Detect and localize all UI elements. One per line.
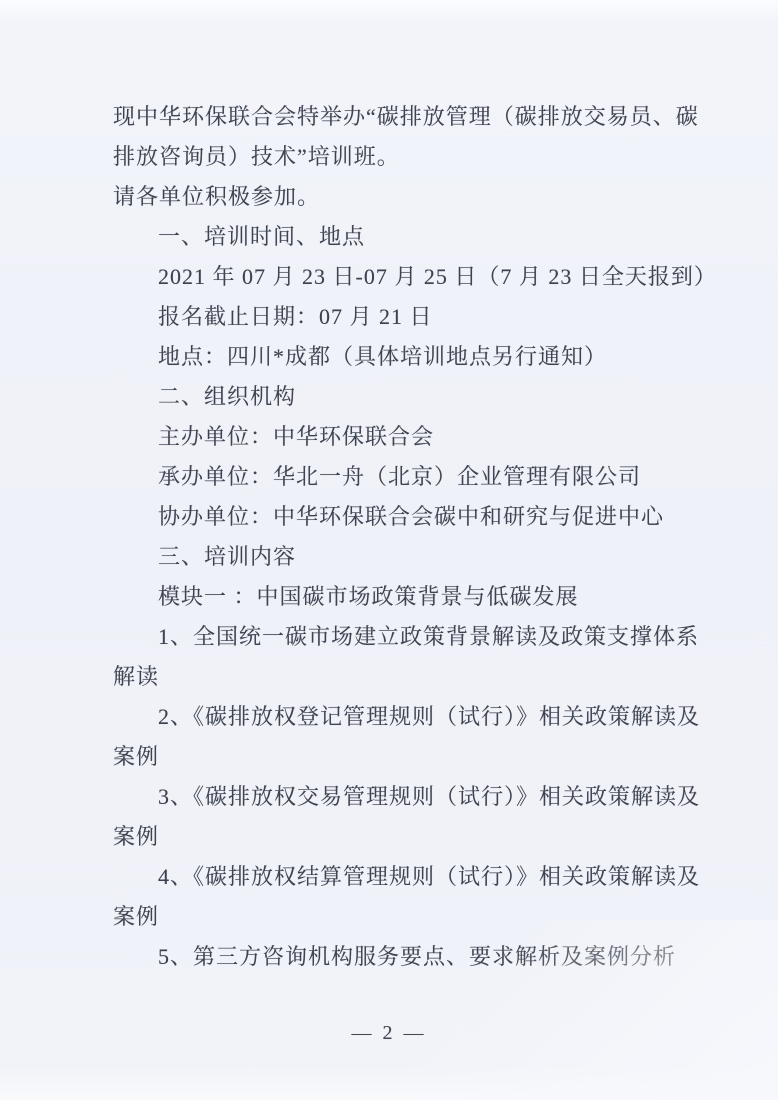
text-line: 协办单位：中华环保联合会碳中和研究与促进中心	[113, 497, 713, 537]
text-line: 地点：四川*成都（具体培训地点另行通知）	[113, 337, 713, 377]
text-line: 二、组织机构	[113, 377, 713, 417]
text-line: 案例	[113, 737, 713, 777]
text-line: 5、第三方咨询机构服务要点、要求解析及案例分析	[113, 937, 713, 977]
text-line: 排放咨询员）技术”培训班。	[113, 137, 713, 177]
text-line: 案例	[113, 817, 713, 857]
document-page: 现中华环保联合会特举办“碳排放管理（碳排放交易员、碳排放咨询员）技术”培训班。请…	[0, 0, 778, 1100]
page-number: — 2 —	[352, 1022, 427, 1044]
text-line: 模块一 ：中国碳市场政策背景与低碳发展	[113, 577, 713, 617]
text-line: 主办单位：中华环保联合会	[113, 417, 713, 457]
text-line: 1、全国统一碳市场建立政策背景解读及政策支撑体系	[113, 617, 713, 657]
text-line: 三、培训内容	[113, 537, 713, 577]
text-line: 案例	[113, 897, 713, 937]
text-line: 一、培训时间、地点	[113, 217, 713, 257]
text-line: 4、《碳排放权结算管理规则（试行）》相关政策解读及	[113, 857, 713, 897]
document-body: 现中华环保联合会特举办“碳排放管理（碳排放交易员、碳排放咨询员）技术”培训班。请…	[113, 97, 713, 977]
text-line: 3、《碳排放权交易管理规则（试行）》相关政策解读及	[113, 777, 713, 817]
text-line: 请各单位积极参加。	[113, 177, 713, 217]
text-line: 2021 年 07 月 23 日-07 月 25 日（7 月 23 日全天报到）	[113, 257, 713, 297]
text-line: 解读	[113, 657, 713, 697]
text-line: 承办单位：华北一舟（北京）企业管理有限公司	[113, 457, 713, 497]
text-line: 报名截止日期：07 月 21 日	[113, 297, 713, 337]
text-line: 现中华环保联合会特举办“碳排放管理（碳排放交易员、碳	[113, 97, 713, 137]
text-line: 2、《碳排放权登记管理规则（试行）》相关政策解读及	[113, 697, 713, 737]
document-lines: 现中华环保联合会特举办“碳排放管理（碳排放交易员、碳排放咨询员）技术”培训班。请…	[113, 97, 713, 977]
page-footer: — 2 —	[0, 1018, 778, 1048]
